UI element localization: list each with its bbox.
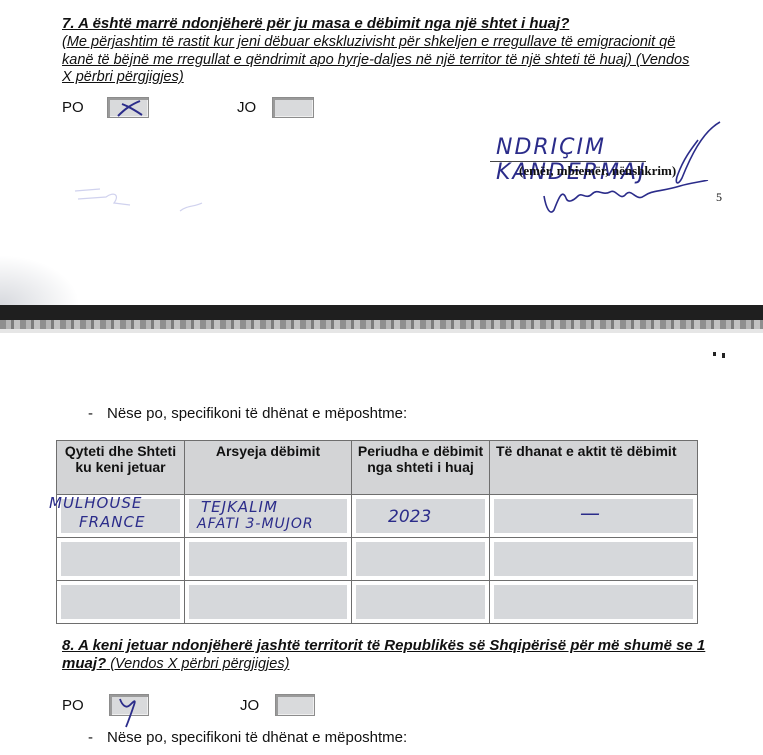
scan-gray-band (0, 320, 763, 329)
question-7-no-label: JO (237, 99, 256, 116)
scan-shadow (0, 255, 80, 305)
cell-reason[interactable] (185, 581, 352, 624)
question-8-title-end: muaj? (62, 655, 106, 672)
column-header-reason: Arsyeja dëbimit (185, 441, 352, 495)
question-8-title: 8. A keni jetuar ndonjëherë jashtë terri… (62, 637, 705, 654)
question-8-title-line-2: muaj? (Vendos X përbri përgjigjes) (62, 655, 289, 673)
cell-city-country[interactable]: MULHOUSE FRANCE (57, 495, 185, 538)
question-7-note-line-3: X përbri përgjigjes) (62, 68, 184, 86)
input-field-fill (189, 542, 347, 576)
question-7-note-line-1: (Me përjashtim të rastit kur jeni dëbuar… (62, 33, 675, 51)
signature-line (490, 161, 646, 162)
scan-fade-band (0, 329, 763, 333)
signature-caption: (emër, mbiemër, nënshkrim) (519, 163, 676, 179)
handwritten-act-details: — (580, 501, 600, 525)
question-8-yes-checkbox[interactable] (109, 694, 149, 716)
table-instruction: Nëse po, specifikoni të dhënat e mëposht… (107, 405, 407, 422)
handwritten-country: FRANCE (79, 513, 145, 531)
table-instruction-bullet: - (88, 405, 93, 422)
cell-act-details[interactable] (490, 538, 698, 581)
question-7-yes-label: PO (62, 99, 84, 116)
question-8-yes-label: PO (62, 697, 84, 714)
question-7-no-checkbox[interactable] (272, 97, 314, 118)
table-row (57, 581, 698, 624)
table-row: MULHOUSE FRANCE TEJKALIM AFATI 3-MUJOR 2… (57, 495, 698, 538)
cell-city-country[interactable] (57, 538, 185, 581)
handwritten-city: MULHOUSE (49, 494, 142, 512)
input-field-fill (494, 542, 693, 576)
input-field-fill (189, 585, 347, 619)
deportation-table: Qyteti dhe Shteti ku keni jetuar Arsyeja… (56, 440, 698, 624)
column-header-city-country: Qyteti dhe Shteti ku keni jetuar (57, 441, 185, 495)
cell-period[interactable] (352, 581, 490, 624)
cell-city-country[interactable] (57, 581, 185, 624)
input-field-fill (61, 585, 180, 619)
question-8-note: (Vendos X përbri përgjigjes) (106, 656, 289, 672)
table-row (57, 538, 698, 581)
signature-flourish-icon (672, 118, 722, 188)
question-8-no-checkbox[interactable] (275, 694, 315, 716)
cell-period[interactable] (352, 538, 490, 581)
input-field-fill (61, 542, 180, 576)
handwritten-reason-line-1: TEJKALIM (201, 498, 278, 516)
column-header-period: Periudha e dëbimit nga shteti i huaj (352, 441, 490, 495)
cell-period[interactable]: 2023 (352, 495, 490, 538)
input-field-fill (356, 542, 485, 576)
handwritten-period: 2023 (388, 507, 431, 527)
handwritten-x-mark-icon (108, 98, 150, 119)
handwritten-signature-icon (540, 180, 710, 222)
cell-reason[interactable] (185, 538, 352, 581)
question-8-no-label: JO (240, 697, 259, 714)
scan-dark-band (0, 305, 763, 320)
column-header-act-details: Të dhanat e aktit të dëbimit (490, 441, 698, 495)
question-7-title: 7. A është marrë ndonjëherë për ju masa … (62, 15, 569, 32)
cell-reason[interactable]: TEJKALIM AFATI 3-MUJOR (185, 495, 352, 538)
question-7-note-line-2: kanë të bëjnë me rregullat e qëndrimit a… (62, 51, 689, 69)
input-field-fill (494, 585, 693, 619)
question-8-instruction-bullet: - (88, 729, 93, 746)
cell-act-details[interactable] (490, 581, 698, 624)
input-field-fill (356, 585, 485, 619)
handwritten-reason-line-2: AFATI 3-MUJOR (197, 516, 314, 532)
cell-act-details[interactable]: — (490, 495, 698, 538)
question-7-yes-checkbox[interactable] (107, 97, 149, 118)
question-8-instruction: Nëse po, specifikoni të dhënat e mëposht… (107, 729, 407, 746)
table-header-row: Qyteti dhe Shteti ku keni jetuar Arsyeja… (57, 441, 698, 495)
scan-speck (722, 353, 725, 358)
page-number: 5 (716, 190, 722, 205)
scan-speck (713, 352, 716, 356)
bleed-through-scribble-icon (70, 185, 210, 225)
